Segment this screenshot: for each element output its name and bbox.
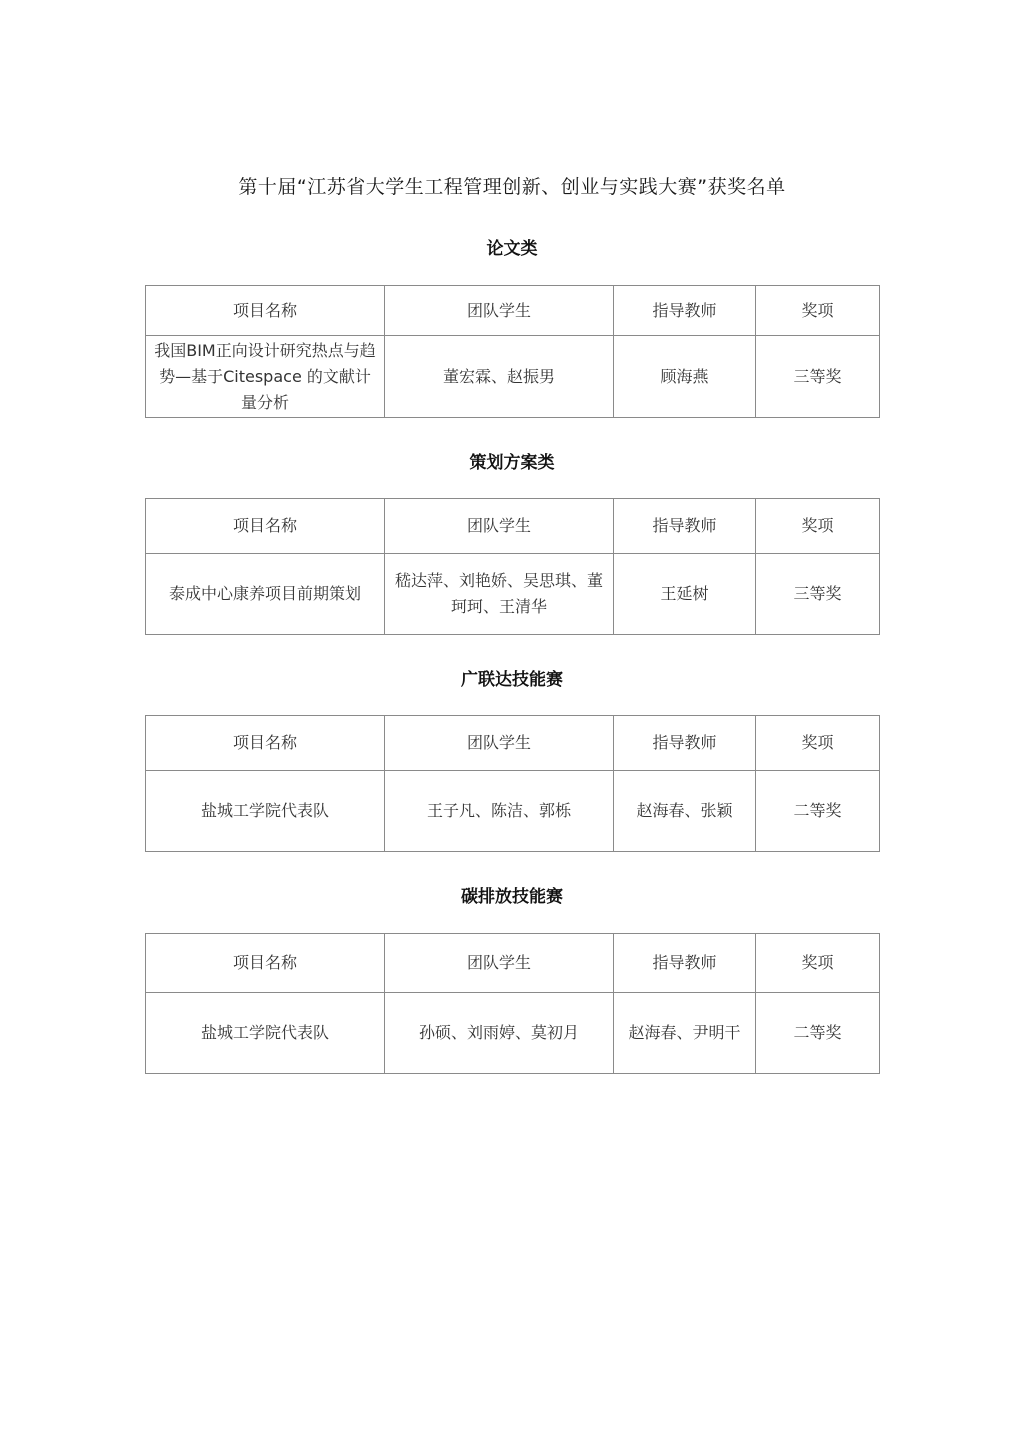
table-header-row: 项目名称 团队学生 指导教师 奖项 — [146, 934, 880, 993]
award-table-carbon: 项目名称 团队学生 指导教师 奖项 盐城工学院代表队 孙硕、刘雨婷、莫初月 赵海… — [145, 933, 880, 1074]
header-award: 奖项 — [756, 286, 880, 336]
cell-team-students: 王子凡、陈洁、郭栎 — [385, 771, 614, 852]
header-team-students: 团队学生 — [385, 286, 614, 336]
header-team-students: 团队学生 — [385, 499, 614, 554]
cell-team-students: 董宏霖、赵振男 — [385, 336, 614, 418]
cell-project-name: 盐城工学院代表队 — [146, 993, 385, 1074]
award-table-paper: 项目名称 团队学生 指导教师 奖项 我国BIM正向设计研究热点与趋势—基于Cit… — [145, 285, 880, 418]
section-heading-planning: 策划方案类 — [0, 448, 1024, 473]
cell-team-students: 孙硕、刘雨婷、莫初月 — [385, 993, 614, 1074]
cell-team-students: 嵇达萍、刘艳娇、吴思琪、董珂珂、王清华 — [385, 554, 614, 635]
cell-award: 三等奖 — [756, 554, 880, 635]
header-project-name: 项目名称 — [146, 934, 385, 993]
cell-advisor: 赵海春、张颖 — [614, 771, 756, 852]
table-row: 泰成中心康养项目前期策划 嵇达萍、刘艳娇、吴思琪、董珂珂、王清华 王延树 三等奖 — [146, 554, 880, 635]
cell-project-name: 我国BIM正向设计研究热点与趋势—基于Citespace 的文献计量分析 — [146, 336, 385, 418]
header-advisor: 指导教师 — [614, 499, 756, 554]
header-team-students: 团队学生 — [385, 934, 614, 993]
header-advisor: 指导教师 — [614, 934, 756, 993]
header-team-students: 团队学生 — [385, 716, 614, 771]
header-advisor: 指导教师 — [614, 716, 756, 771]
header-project-name: 项目名称 — [146, 286, 385, 336]
table-header-row: 项目名称 团队学生 指导教师 奖项 — [146, 716, 880, 771]
header-advisor: 指导教师 — [614, 286, 756, 336]
cell-advisor: 顾海燕 — [614, 336, 756, 418]
header-award: 奖项 — [756, 934, 880, 993]
cell-advisor: 赵海春、尹明干 — [614, 993, 756, 1074]
header-project-name: 项目名称 — [146, 499, 385, 554]
header-award: 奖项 — [756, 499, 880, 554]
cell-award: 三等奖 — [756, 336, 880, 418]
table-row: 盐城工学院代表队 王子凡、陈洁、郭栎 赵海春、张颖 二等奖 — [146, 771, 880, 852]
award-table-planning: 项目名称 团队学生 指导教师 奖项 泰成中心康养项目前期策划 嵇达萍、刘艳娇、吴… — [145, 498, 880, 635]
cell-award: 二等奖 — [756, 993, 880, 1074]
cell-advisor: 王延树 — [614, 554, 756, 635]
table-row: 我国BIM正向设计研究热点与趋势—基于Citespace 的文献计量分析 董宏霖… — [146, 336, 880, 418]
cell-project-name: 泰成中心康养项目前期策划 — [146, 554, 385, 635]
document-title: 第十届“江苏省大学生工程管理创新、创业与实践大赛”获奖名单 — [0, 172, 1024, 199]
section-heading-carbon: 碳排放技能赛 — [0, 882, 1024, 907]
table-header-row: 项目名称 团队学生 指导教师 奖项 — [146, 499, 880, 554]
table-row: 盐城工学院代表队 孙硕、刘雨婷、莫初月 赵海春、尹明干 二等奖 — [146, 993, 880, 1074]
award-table-glodon: 项目名称 团队学生 指导教师 奖项 盐城工学院代表队 王子凡、陈洁、郭栎 赵海春… — [145, 715, 880, 852]
section-heading-glodon: 广联达技能赛 — [0, 665, 1024, 690]
header-project-name: 项目名称 — [146, 716, 385, 771]
table-header-row: 项目名称 团队学生 指导教师 奖项 — [146, 286, 880, 336]
section-heading-paper: 论文类 — [0, 234, 1024, 259]
header-award: 奖项 — [756, 716, 880, 771]
cell-project-name: 盐城工学院代表队 — [146, 771, 385, 852]
cell-award: 二等奖 — [756, 771, 880, 852]
